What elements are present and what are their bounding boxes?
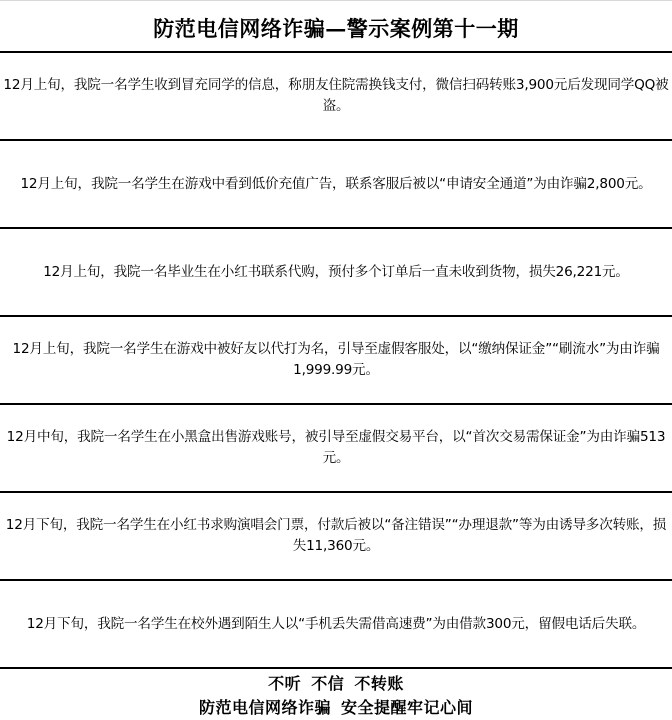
case-item-3: 12月上旬，我院一名毕业生在小红书联系代购，预付多个订单后一直未收到货物，损失2… bbox=[0, 229, 672, 315]
footer-slogan: 不听 不信 不转账 bbox=[0, 672, 672, 696]
case-text: 12月上旬，我院一名毕业生在小红书联系代购，预付多个订单后一直未收到货物，损失2… bbox=[43, 262, 629, 283]
case-item-6: 12月下旬，我院一名学生在小红书求购演唱会门票，付款后被以“备注错误”“办理退款… bbox=[0, 493, 672, 579]
case-text: 12月上旬，我院一名学生在游戏中被好友以代打为名，引导至虚假客服处，以“缴纳保证… bbox=[2, 339, 670, 381]
footer: 不听 不信 不转账 防范电信网络诈骗 安全提醒牢记心间 bbox=[0, 670, 672, 720]
case-item-1: 12月上旬，我院一名学生收到冒充同学的信息，称朋友住院需换钱支付，微信扫码转账3… bbox=[0, 53, 672, 139]
case-text: 12月下旬，我院一名学生在校外遇到陌生人以“手机丢失需借高速费”为由借款300元… bbox=[27, 614, 645, 635]
case-text: 12月中旬，我院一名学生在小黑盒出售游戏账号，被引导至虚假交易平台，以“首次交易… bbox=[2, 427, 670, 469]
page-title: 防范电信网络诈骗—警示案例第十一期 bbox=[0, 0, 672, 52]
case-text: 12月上旬，我院一名学生在游戏中看到低价充值广告，联系客服后被以“申请安全通道”… bbox=[20, 174, 651, 195]
case-item-5: 12月中旬，我院一名学生在小黑盒出售游戏账号，被引导至虚假交易平台，以“首次交易… bbox=[0, 405, 672, 491]
case-item-7: 12月下旬，我院一名学生在校外遇到陌生人以“手机丢失需借高速费”为由借款300元… bbox=[0, 581, 672, 667]
footer-reminder: 防范电信网络诈骗 安全提醒牢记心间 bbox=[0, 696, 672, 720]
case-text: 12月下旬，我院一名学生在小红书求购演唱会门票，付款后被以“备注错误”“办理退款… bbox=[2, 515, 670, 557]
divider bbox=[0, 667, 672, 669]
case-item-4: 12月上旬，我院一名学生在游戏中被好友以代打为名，引导至虚假客服处，以“缴纳保证… bbox=[0, 317, 672, 403]
case-text: 12月上旬，我院一名学生收到冒充同学的信息，称朋友住院需换钱支付，微信扫码转账3… bbox=[2, 75, 670, 117]
case-item-2: 12月上旬，我院一名学生在游戏中看到低价充值广告，联系客服后被以“申请安全通道”… bbox=[0, 141, 672, 227]
